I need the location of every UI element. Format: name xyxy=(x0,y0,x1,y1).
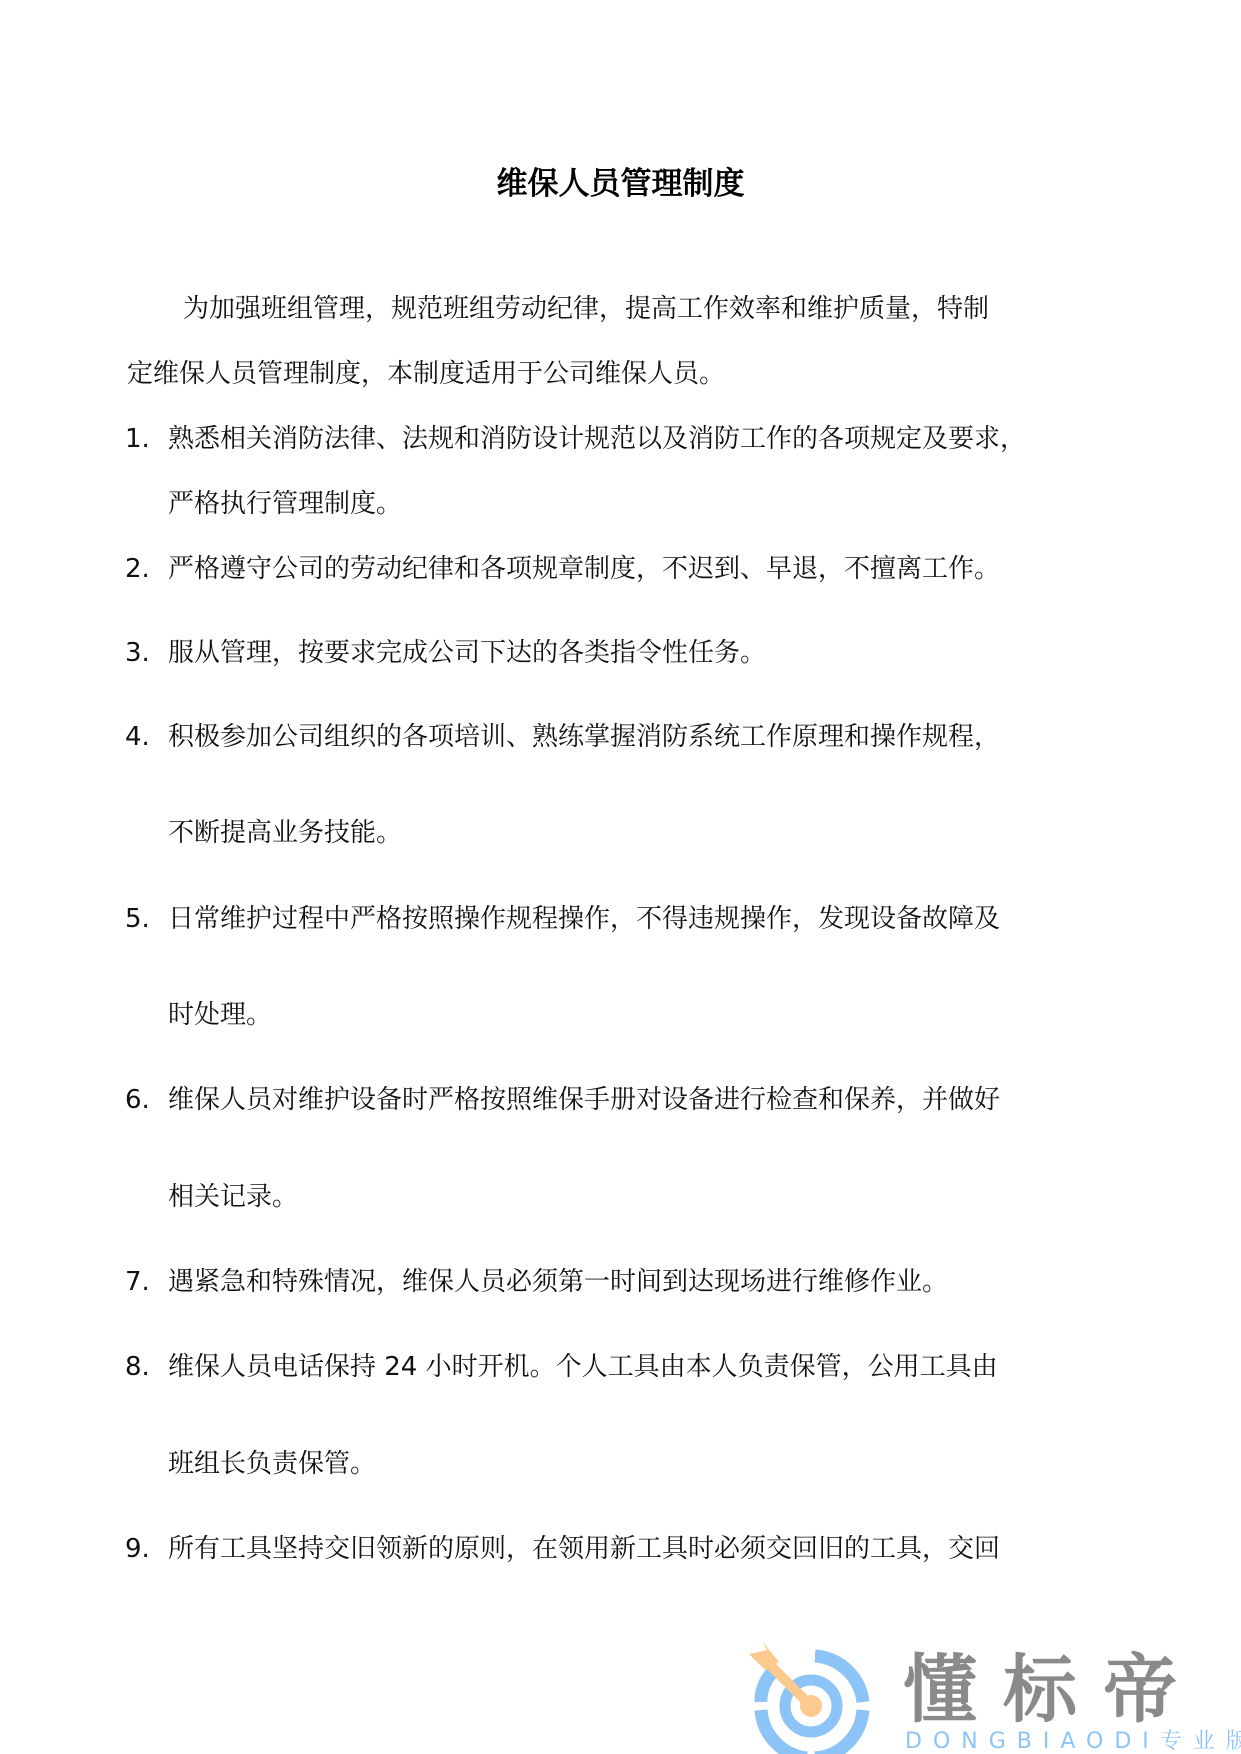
intro-line-1: 为加强班组管理，规范班组劳动纪律，提高工作效率和维护质量，特制 xyxy=(183,292,989,326)
item-7-line-1: 遇紧急和特殊情况，维保人员必须第一时间到达现场进行维修作业。 xyxy=(168,1265,948,1299)
item-9-line-1: 所有工具坚持交旧领新的原则，在领用新工具时必须交回旧的工具，交回 xyxy=(168,1532,1000,1566)
item-1-line-1: 熟悉相关消防法律、法规和消防设计规范以及消防工作的各项规定及要求， xyxy=(168,422,1026,456)
item-5-line-2: 时处理。 xyxy=(168,998,272,1032)
document-title: 维保人员管理制度 xyxy=(0,158,1241,203)
item-2-line-1: 严格遵守公司的劳动纪律和各项规章制度，不迟到、早退，不擅离工作。 xyxy=(168,552,1000,586)
item-2-number: 2. xyxy=(125,552,150,586)
watermark: 懂标帝 DONGBIAODI专业版 xyxy=(745,1630,1225,1754)
item-4-line-1: 积极参加公司组织的各项培训、熟练掌握消防系统工作原理和操作规程， xyxy=(168,720,1000,754)
item-8-number: 8. xyxy=(125,1350,150,1384)
item-1-line-2: 严格执行管理制度。 xyxy=(168,487,402,521)
item-4-number: 4. xyxy=(125,720,150,754)
item-4-line-2: 不断提高业务技能。 xyxy=(168,816,402,850)
item-5-number: 5. xyxy=(125,902,150,936)
document-page: 维保人员管理制度 为加强班组管理，规范班组劳动纪律，提高工作效率和维护质量，特制… xyxy=(0,0,1241,1754)
intro-line-2: 定维保人员管理制度，本制度适用于公司维保人员。 xyxy=(127,357,725,391)
item-8-line-1: 维保人员电话保持 24 小时开机。个人工具由本人负责保管，公用工具由 xyxy=(168,1350,998,1384)
item-1-number: 1. xyxy=(125,422,150,456)
item-9-number: 9. xyxy=(125,1532,150,1566)
item-3-number: 3. xyxy=(125,636,150,670)
item-5-line-1: 日常维护过程中严格按照操作规程操作，不得违规操作，发现设备故障及 xyxy=(168,902,1000,936)
item-8-line-2: 班组长负责保管。 xyxy=(168,1447,376,1481)
watermark-subtitle: DONGBIAODI专业版 xyxy=(905,1730,1241,1754)
watermark-brand: 懂标帝 xyxy=(903,1650,1203,1730)
item-7-number: 7. xyxy=(125,1265,150,1299)
item-6-number: 6. xyxy=(125,1083,150,1117)
item-6-line-2: 相关记录。 xyxy=(168,1180,298,1214)
item-3-line-1: 服从管理，按要求完成公司下达的各类指令性任务。 xyxy=(168,636,766,670)
target-arrow-icon xyxy=(745,1640,875,1754)
item-6-line-1: 维保人员对维护设备时严格按照维保手册对设备进行检查和保养，并做好 xyxy=(168,1083,1000,1117)
